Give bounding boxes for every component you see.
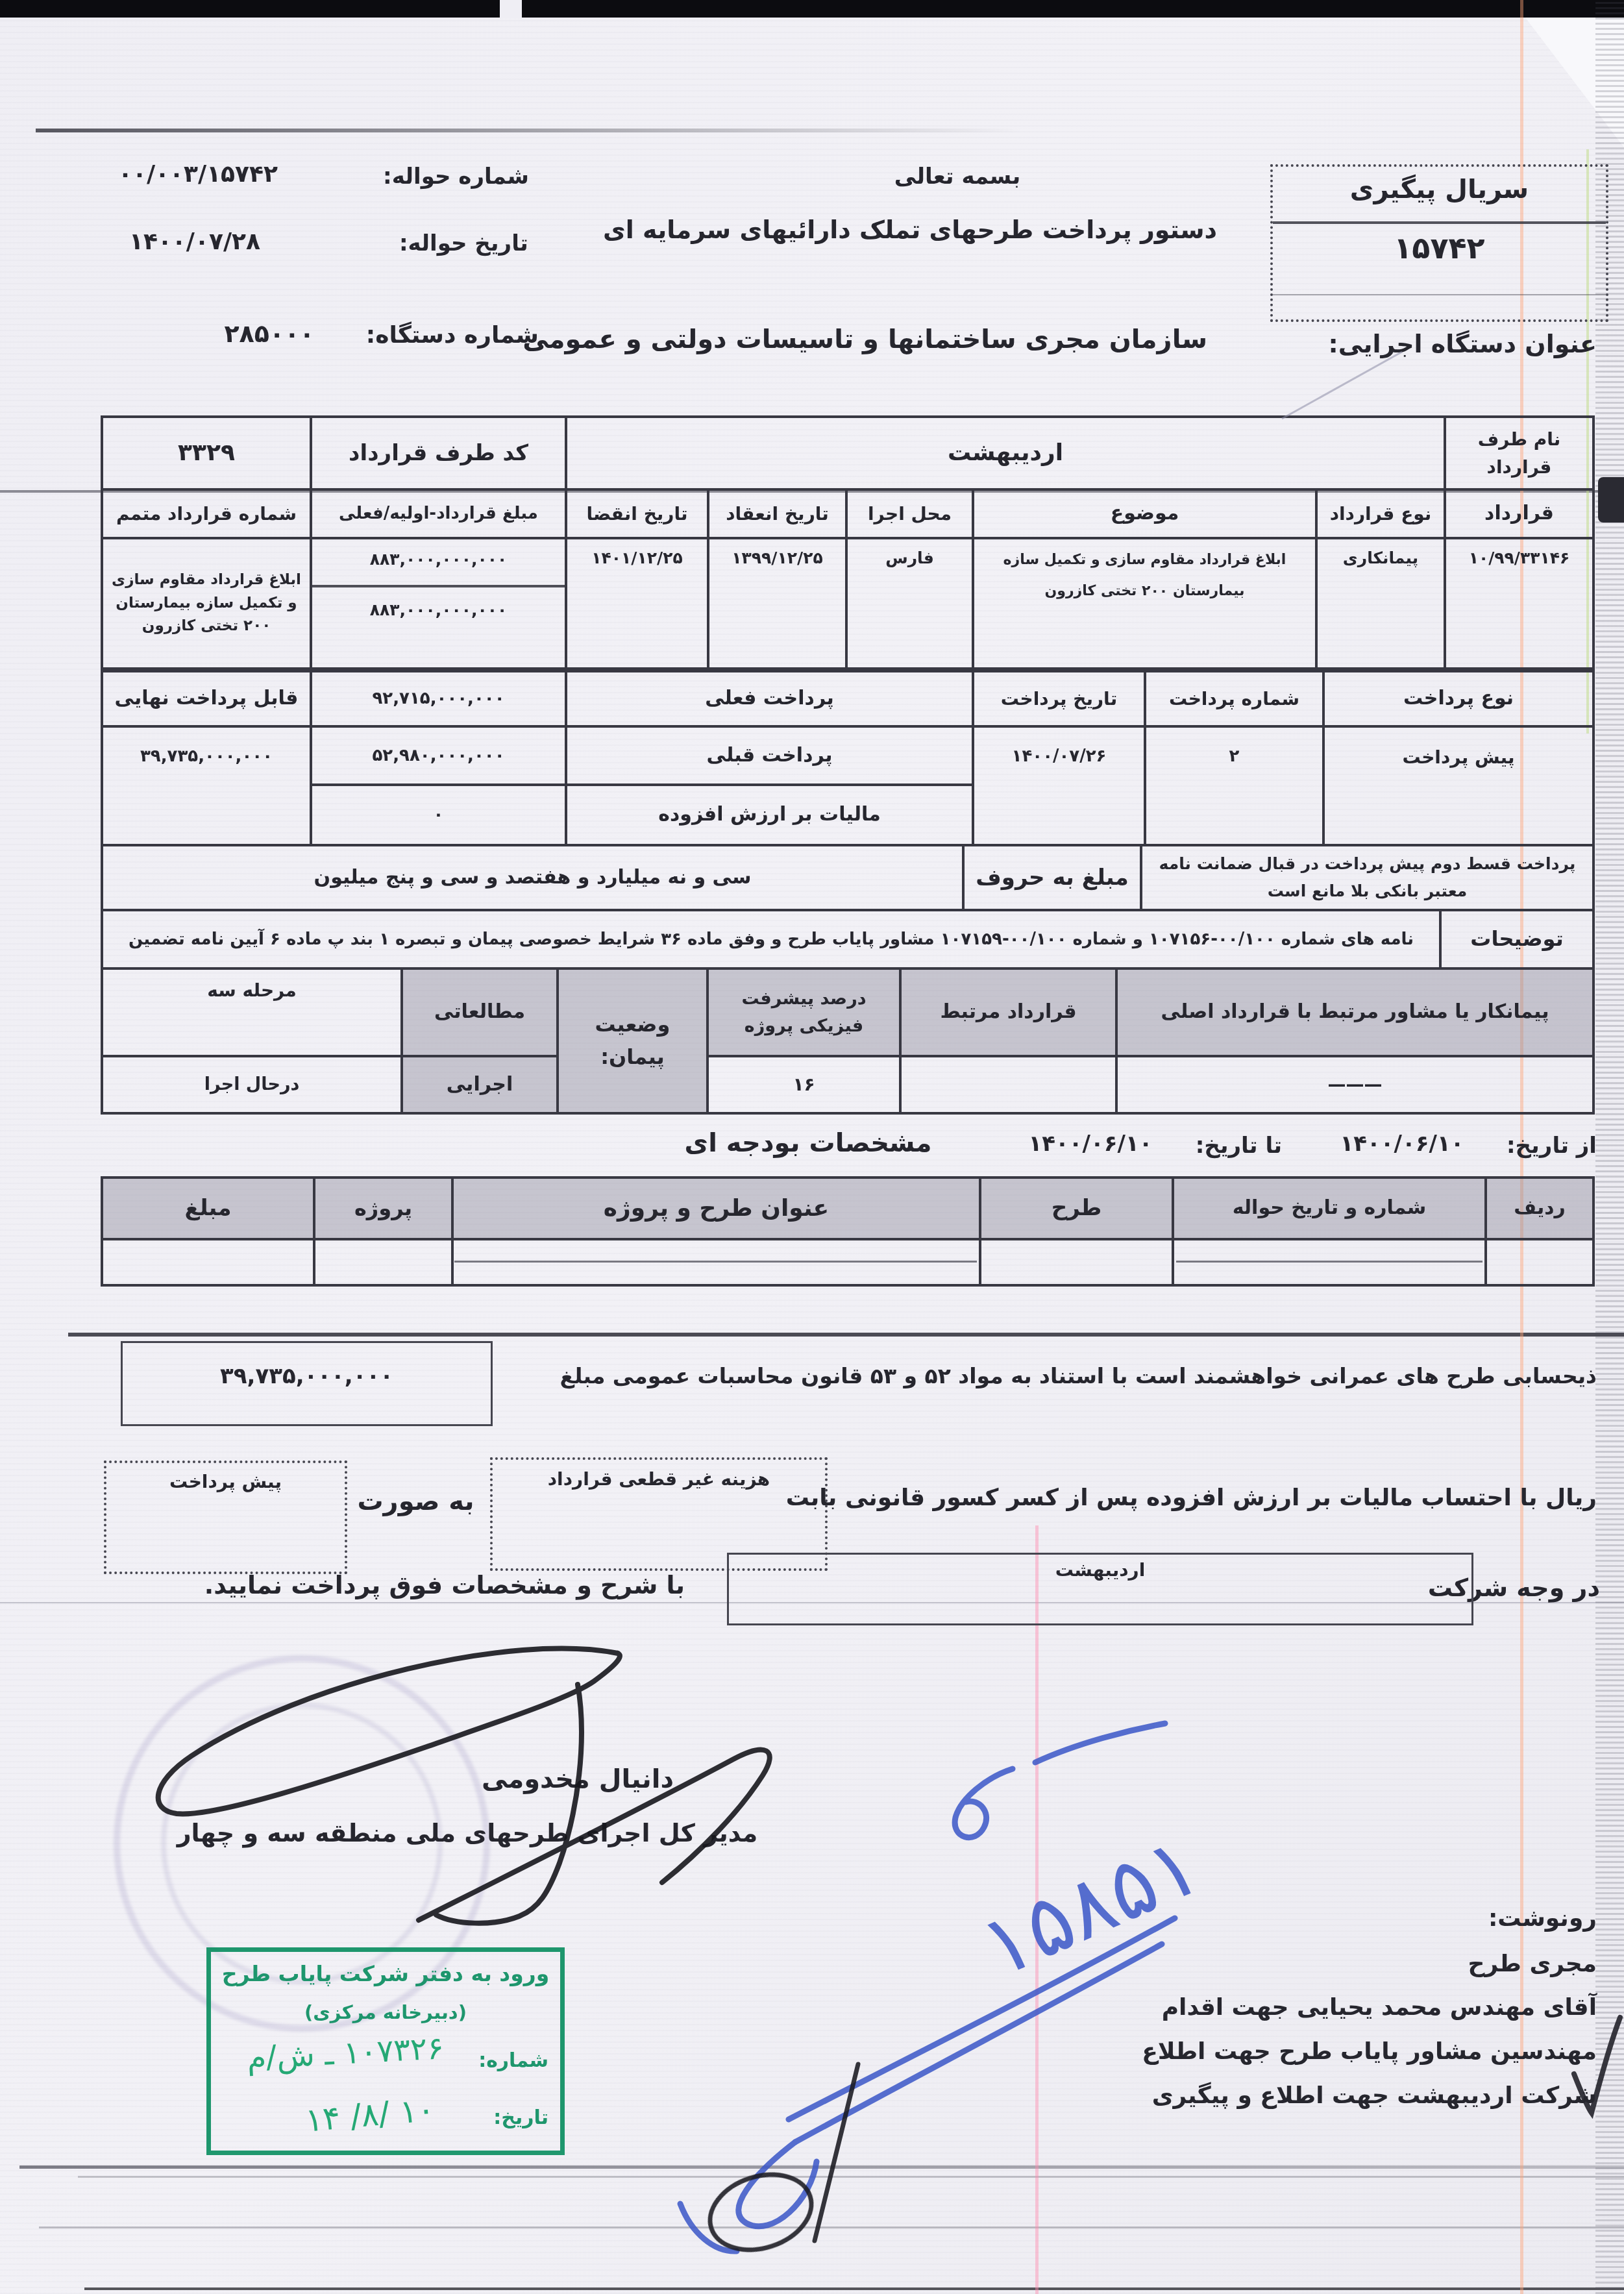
scan-streak [39,2226,1624,2228]
header-payment-date: تاریخ پرداخت [972,670,1146,728]
scanned-document-page: سریال پیگیری ۱۵۷۴۲ بسمه تعالی دستور پردا… [0,0,1624,2294]
pencil-diagonal-mark [1282,352,1402,419]
budget-row-plan [979,1238,1174,1287]
budget-section-title: مشخصات بودجه ای [662,1128,954,1158]
cc-item-engineer: آقای مهندس محمد یحیایی جهت اقدام [1052,1994,1597,2021]
cell-stage-value: درحال اجرا [101,1055,403,1115]
header-notes: توضیحات [1439,909,1595,970]
cell-payment-type: پیش پرداخت [1322,725,1595,846]
havaleh-no-label: شماره حواله: [399,164,529,190]
cell-expiry-value: ۱۴۰۱/۱۲/۲۵ [565,537,709,670]
signatory-title: مدیر کل اجرای طرحهای ملی منطقه سه و چهار [159,1819,776,1847]
cell-subject-value: ابلاغ قرارداد مقاوم سازی و تکمیل سازه بی… [972,537,1318,670]
header-related-contract: قرارداد مرتبط [899,967,1118,1057]
contract-party-name-value-cell: اردیبهشت [565,415,1446,491]
header-consultant: پیمانکار یا مشاور مرتبط با قرارداد اصلی [1115,967,1595,1057]
cell-amount-words: سی و نه میلیارد و هفتصد و سی و پنج میلیو… [101,844,965,911]
order-line2: ریال با احتساب مالیات بر ارزش افزوده پس … [844,1485,1597,1511]
scanner-top-band [0,0,1624,18]
contract-party-code-label-cell: کد طرف قرارداد [310,415,567,491]
scan-streak [84,2288,1624,2290]
header-vat: مالیات بر ارزش افزوده [565,783,974,846]
scanner-right-blob [1598,477,1624,523]
cell-final-payable-amount: ۳۹,۷۳۵,۰۰۰,۰۰۰ [101,725,312,846]
cell-payment-note: پرداخت قسط دوم پیش پرداخت در قبال ضمانت … [1140,844,1595,911]
budget-row-project [313,1238,454,1287]
order-mode-intro: به صورت [356,1486,476,1516]
budget-header-plan-title: عنوان طرح و پروژه [451,1176,981,1240]
header-study: مطالعاتی [400,967,559,1057]
cell-study-value: اجرایی [400,1055,559,1115]
serial-box-divider [1273,221,1606,224]
cell-previous-payment-amount: ۵۲,۹۸۰,۰۰۰,۰۰۰ [310,725,567,786]
order-mode-label: پیش پرداخت [104,1471,347,1492]
order-expense-label: هزینه غیر قطعی قرارداد [490,1468,828,1490]
black-bottom-marks [700,2064,858,2262]
header-payment-type: نوع پرداخت [1322,670,1595,728]
scan-streak [68,1333,1624,1337]
agency-no-value: ۲۸۵۰۰۰ [208,319,331,348]
page-title: دستور پرداخت طرحهای تملک دارائیهای سرمای… [698,216,1217,244]
cc-item-executor: مجری طرح [1415,1951,1597,1977]
scan-streak [78,2176,1624,2178]
contract-party-code-value-cell: ۳۳۲۹ [101,415,312,491]
header-contract: قرارداد [1444,488,1595,539]
budget-row-amount [101,1238,315,1287]
header-payment-number: شماره پرداخت [1144,670,1325,728]
cell-location-value: فارس [845,537,974,670]
header-final-payable: قابل پرداخت نهایی [101,670,312,728]
cell-supplement-value: ابلاغ قرارداد مقاوم سازی و تکمیل سازه بی… [101,537,312,670]
header-stage: مرحله سه [101,967,403,1057]
budget-row-ref [1172,1238,1487,1287]
order-line1: ذیحسابی طرح های عمرانی خواهشمند است با ا… [675,1363,1597,1388]
header-physical-progress: درصد پیشرفت فیزیکی پروژه [706,967,902,1057]
budget-from-label: از تاریخ: [1483,1133,1597,1159]
budget-to-label: تا تاریخ: [1178,1133,1282,1159]
header-contract-status: وضعیت پیمان: [556,967,709,1115]
handwritten-blue-number: ۱۵۸۵۱ [904,1787,1276,2025]
cell-progress-value: ۱۶ [706,1055,902,1115]
cell-vat-amount: ۰ [310,783,567,846]
order-payee-value: اردیبهشت [727,1559,1473,1581]
scan-streak [19,2165,1624,2169]
cell-amount-values: ۸۸۳,۰۰۰,۰۰۰,۰۰۰ ۸۸۳,۰۰۰,۰۰۰,۰۰۰ [310,537,567,670]
cell-consultant-value: ——— [1115,1055,1595,1115]
scanner-right-speckle [1595,0,1624,2294]
entry-stamp-line2: (دبیرخانه مرکزی) [211,2001,560,2023]
header-previous-payment: پرداخت قبلی [565,725,974,786]
corner-tear [1525,18,1624,147]
budget-header-row-no: ردیف [1484,1176,1595,1240]
header-location: محل اجرا [845,488,974,539]
header-supplement: شماره قرارداد متمم [101,488,312,539]
bismillah: بسمه تعالی [857,164,1058,190]
tracking-serial-label: سریال پیگیری [1273,175,1606,204]
budget-row-no [1484,1238,1595,1287]
entry-stamp-date-label: تاریخ: [471,2106,548,2129]
agency-name: سازمان مجری ساختمانها و تاسیسات دولتی و … [558,325,1207,354]
havaleh-no-value: ۰۰/۰۰۳/۱۵۷۴۲ [107,161,289,188]
header-expiry-date: تاریخ انقضا [565,488,709,539]
budget-header-project: پروژه [313,1176,454,1240]
agency-label: عنوان دستگاه اجرایی: [1366,330,1597,358]
cell-current-payment-amount: ۹۲,۷۱۵,۰۰۰,۰۰۰ [310,670,567,728]
cc-item-company: شرکت اردیبهشت جهت اطلاع و پیگیری [1019,2082,1597,2109]
havaleh-date-label: تاریخ حواله: [399,230,529,256]
entry-stamp-line1: ورود به دفتر شرکت پایاب طرح [211,1961,560,1986]
cell-related-contract-value [899,1055,1118,1115]
entry-stamp-no-value: ۱۰۷۳۲۶ ـ ش/م [218,2029,473,2078]
order-payee-label: در وجه شرکت [1454,1573,1600,1602]
entry-stamp-no-label: شماره: [471,2049,548,2072]
cc-item-consultant: مهندسین مشاور پایاب طرح جهت اطلاع [1039,2038,1597,2065]
entry-stamp-date-value: ۱۰ /۸/ ۱۴ [271,2088,469,2142]
cell-sign-date-value: ۱۳۹۹/۱۲/۲۵ [707,537,848,670]
cell-payment-number: ۲ [1144,725,1325,846]
agency-no-label: شماره دستگاه: [367,322,539,349]
scanner-top-band-notch [500,0,522,18]
header-subject: موضوع [972,488,1318,539]
header-sign-date: تاریخ انعقاد [707,488,848,539]
scan-streak [36,129,1022,132]
serial-box-faint-line [1273,294,1606,295]
order-amount-value: ۳۹,۷۳۵,۰۰۰,۰۰۰ [121,1363,493,1389]
entry-stamp-box: ورود به دفتر شرکت پایاب طرح (دبیرخانه مر… [206,1947,565,2155]
budget-row-plan-title [451,1238,981,1287]
cell-payment-date: ۱۴۰۰/۰۷/۲۶ [972,725,1146,846]
contract-party-name-label-cell: نام طرف قرارداد [1444,415,1595,491]
header-contract-amount: مبلغ قرارداد-اولیه/فعلی [310,488,567,539]
cell-amount-current: ۸۸۳,۰۰۰,۰۰۰,۰۰۰ [312,598,565,623]
cc-label: رونوشت: [1428,1905,1597,1932]
cell-type-value: پیمانکاری [1315,537,1446,670]
order-line3: با شرح و مشخصات فوق پرداخت نمایید. [182,1571,707,1599]
budget-to-value: ۱۴۰۰/۰۶/۱۰ [1013,1131,1168,1157]
cell-notes-text: نامه های شماره ۰۰/۱۰۰-۱۰۷۱۵۶ و شماره ۰۰/… [101,909,1442,970]
header-contract-type: نوع قرارداد [1315,488,1446,539]
cell-contract-no-value: ۱۰/۹۹/۳۳۱۴۶ [1444,537,1595,670]
havaleh-date-value: ۱۴۰۰/۰۷/۲۸ [114,228,276,255]
signatory-name: دانیال مخدومی [448,1764,707,1794]
budget-header-amount: مبلغ [101,1176,315,1240]
header-current-payment: پرداخت فعلی [565,670,974,728]
header-amount-words: مبلغ به حروف [962,844,1142,911]
cell-amount-initial: ۸۸۳,۰۰۰,۰۰۰,۰۰۰ [312,547,565,573]
budget-header-plan: طرح [979,1176,1174,1240]
tracking-serial-box: سریال پیگیری ۱۵۷۴۲ [1270,164,1608,322]
amount-cell-divider [312,585,565,587]
budget-header-ref: شماره و تاریخ حواله [1172,1176,1487,1240]
tracking-serial-value: ۱۵۷۴۲ [1273,230,1606,265]
budget-from-value: ۱۴۰۰/۰۶/۱۰ [1327,1131,1477,1157]
